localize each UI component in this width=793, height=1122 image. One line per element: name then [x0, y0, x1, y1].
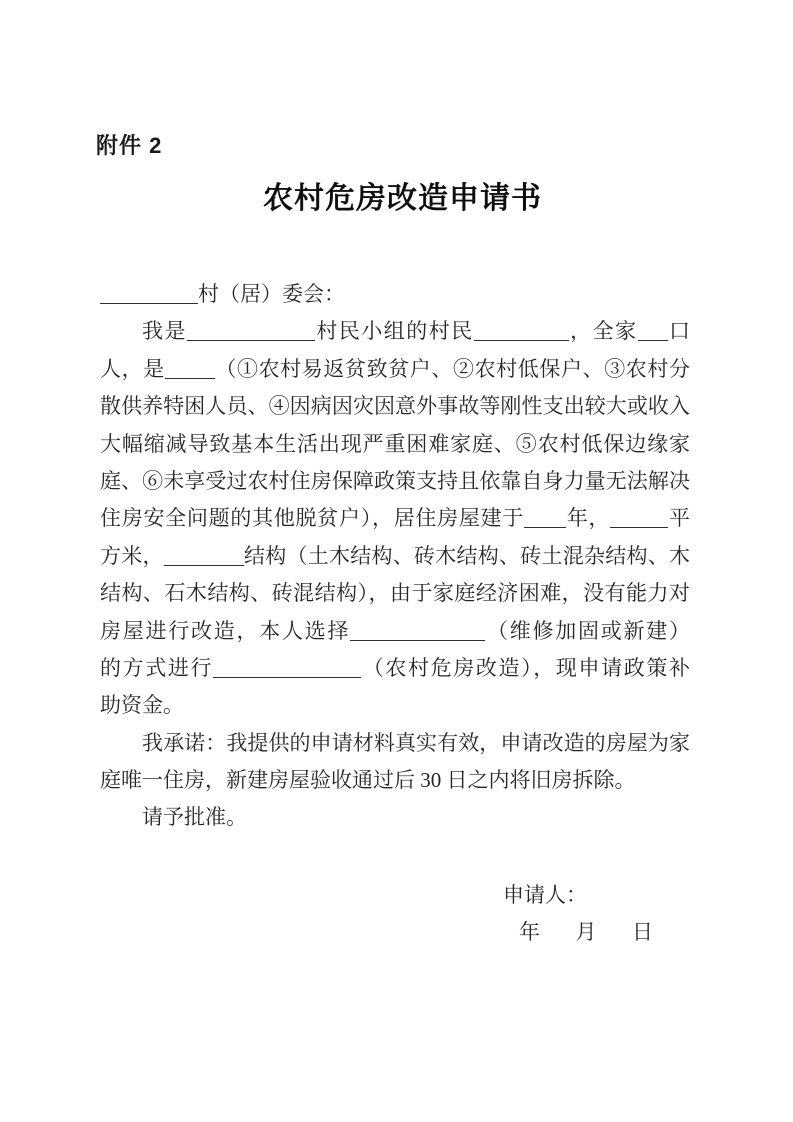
text-segment: 口 — [668, 319, 690, 343]
text-segment: 庭唯一住房，新建房屋验收通过后 30 日之内将旧房拆除。 — [100, 768, 636, 792]
text-segment: 的方式进行 — [100, 656, 213, 680]
body-line: 住房安全问题的其他脱贫户），居住房屋建于年，平 — [100, 500, 690, 537]
text-segment: 村民小组的村民 — [315, 319, 474, 343]
text-segment: 庭、⑥未享受过农村住房保障政策支持且依靠自身力量无法解决 — [100, 469, 690, 493]
blank-field — [524, 526, 566, 528]
text-segment: 住房安全问题的其他脱贫户），居住房屋建于 — [100, 506, 524, 530]
text-segment: 平 — [668, 506, 690, 530]
text-segment: 助资金。 — [100, 693, 184, 717]
blank-field — [187, 339, 315, 341]
blank-field — [164, 564, 244, 566]
date-year-label: 年 — [519, 917, 540, 947]
applicant-label: 申请人： — [503, 880, 587, 910]
date-day-label: 日 — [632, 917, 653, 947]
text-segment: 方米， — [100, 544, 164, 568]
text-segment: 请予批准。 — [142, 805, 247, 829]
blank-field — [165, 377, 215, 379]
blank-field — [100, 302, 198, 304]
blank-field — [638, 339, 668, 341]
body-line: 庭、⑥未享受过农村住房保障政策支持且依靠自身力量无法解决 — [100, 463, 690, 500]
text-segment: ，全家 — [569, 319, 638, 343]
text-segment: 年， — [566, 506, 610, 530]
body-line: 我承诺：我提供的申请材料真实有效，申请改造的房屋为家 — [100, 725, 690, 762]
text-segment: （农村危房改造），现申请政策补 — [361, 656, 690, 680]
text-segment: 散供养特困人员、④因病因灾因意外事故等刚性支出较大或收入 — [100, 394, 690, 418]
body-line: 结构、石木结构、砖混结构），由于家庭经济困难，没有能力对 — [100, 575, 690, 612]
text-segment: 我是 — [142, 319, 187, 343]
document-page: 附件 2 农村危房改造申请书 村（居）委会：我是村民小组的村民，全家口人，是（①… — [0, 0, 793, 1122]
blank-field — [350, 639, 485, 641]
text-segment: 大幅缩减导致基本生活出现严重困难家庭、⑤农村低保边缘家 — [100, 432, 690, 456]
body-line: 庭唯一住房，新建房屋验收通过后 30 日之内将旧房拆除。 — [100, 762, 690, 799]
body-line: 大幅缩减导致基本生活出现严重困难家庭、⑤农村低保边缘家 — [100, 426, 690, 463]
body-line: 房屋进行改造，本人选择（维修加固或新建） — [100, 613, 690, 650]
text-segment: 人，是 — [100, 357, 165, 381]
body-line: 村（居）委会： — [100, 276, 690, 313]
text-segment: 村（居）委会： — [198, 282, 345, 306]
text-segment: 结构（土木结构、砖木结构、砖土混杂结构、木 — [244, 544, 690, 568]
body-line: 请予批准。 — [100, 799, 690, 836]
blank-field — [610, 526, 668, 528]
text-segment: （维修加固或新建） — [485, 619, 690, 643]
blank-field — [213, 676, 361, 678]
body-line: 助资金。 — [100, 687, 690, 724]
text-segment: 我承诺：我提供的申请材料真实有效，申请改造的房屋为家 — [142, 731, 690, 755]
text-segment: （①农村易返贫致贫户、②农村低保户、③农村分 — [215, 357, 690, 381]
signature-date-line: 年 月 日 — [519, 917, 653, 947]
text-segment: 结构、石木结构、砖混结构），由于家庭经济困难，没有能力对 — [100, 581, 690, 605]
text-segment: 房屋进行改造，本人选择 — [100, 619, 350, 643]
blank-field — [474, 339, 569, 341]
body-line: 的方式进行（农村危房改造），现申请政策补 — [100, 650, 690, 687]
document-body: 村（居）委会：我是村民小组的村民，全家口人，是（①农村易返贫致贫户、②农村低保户… — [100, 276, 690, 837]
body-line: 我是村民小组的村民，全家口 — [100, 313, 690, 350]
body-line: 人，是（①农村易返贫致贫户、②农村低保户、③农村分 — [100, 351, 690, 388]
document-title: 农村危房改造申请书 — [0, 180, 793, 218]
date-month-label: 月 — [576, 917, 597, 947]
attachment-label: 附件 2 — [96, 131, 162, 161]
body-line: 方米，结构（土木结构、砖木结构、砖土混杂结构、木 — [100, 538, 690, 575]
body-line: 散供养特困人员、④因病因灾因意外事故等刚性支出较大或收入 — [100, 388, 690, 425]
